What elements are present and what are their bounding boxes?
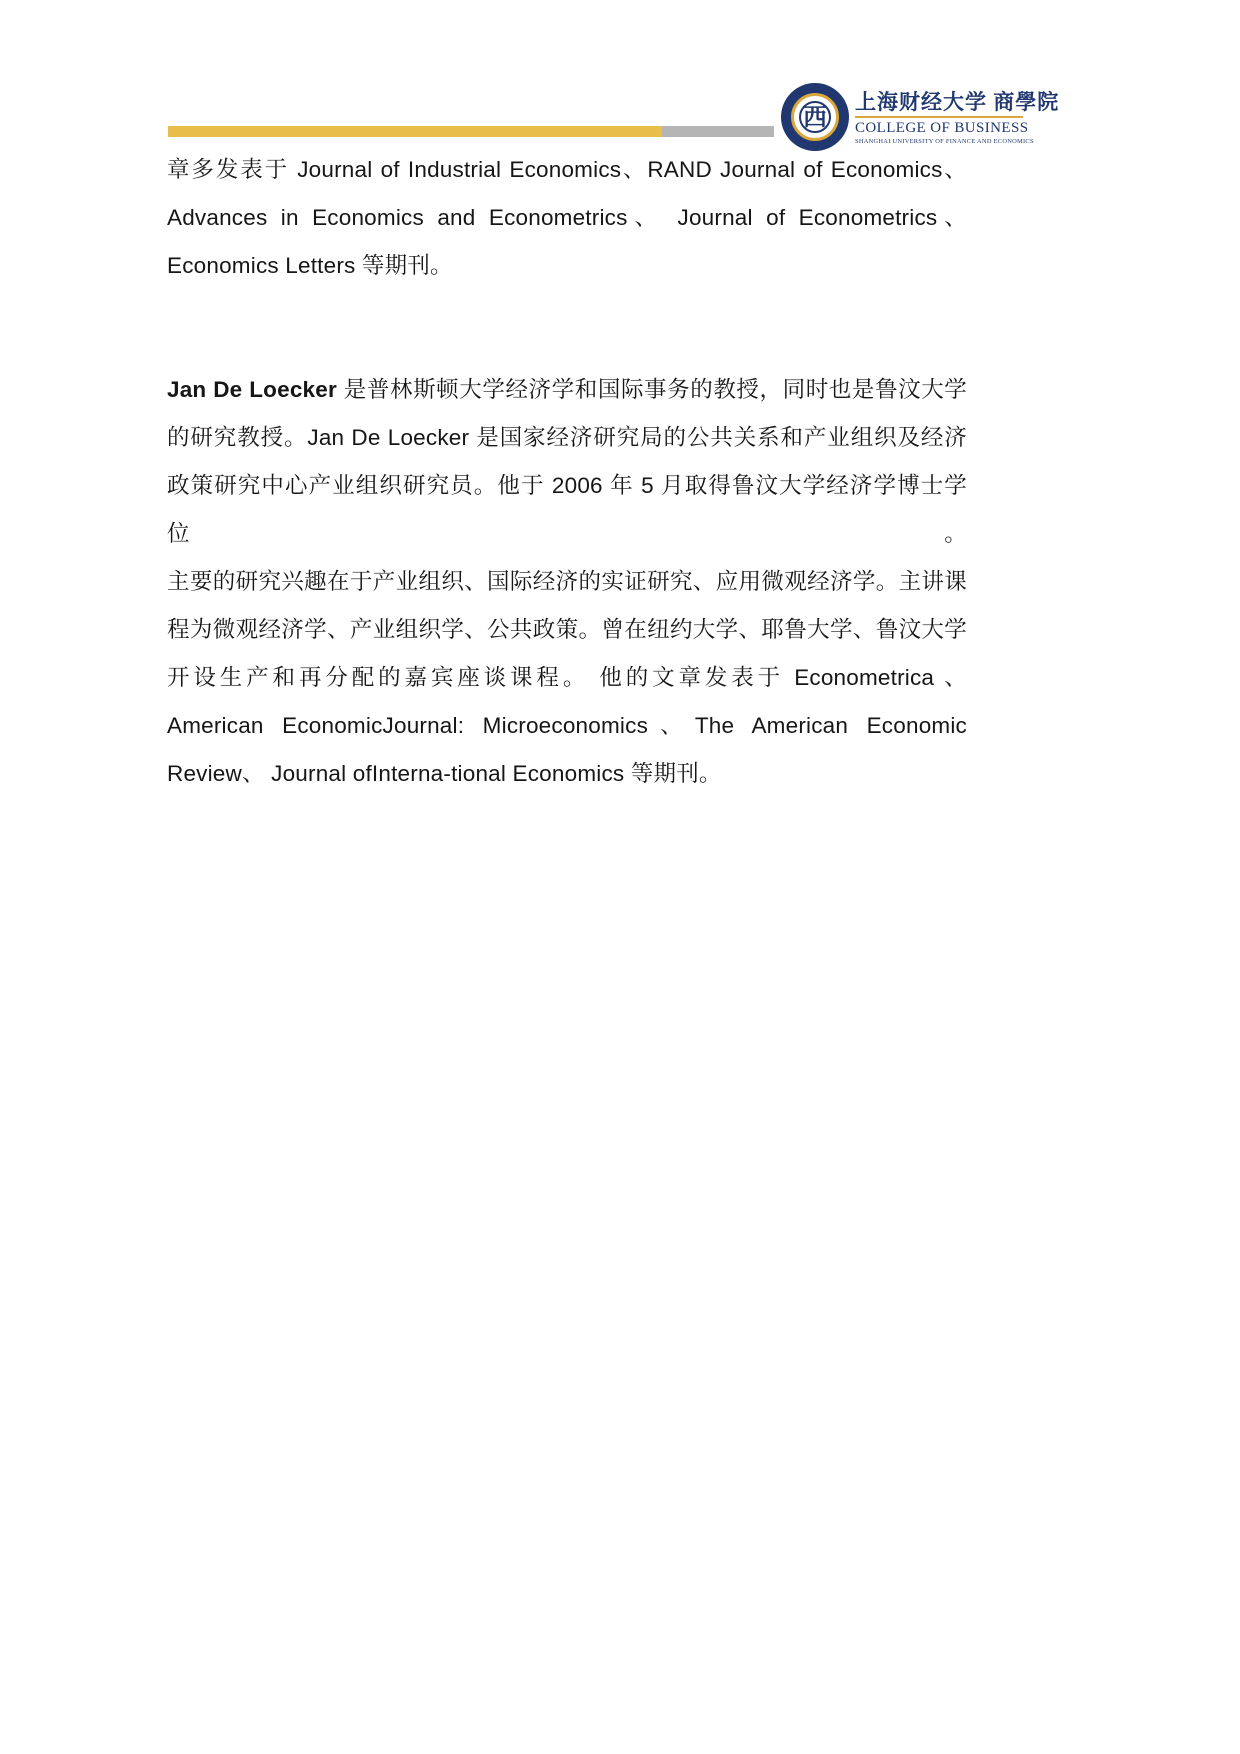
header-rule-gray-segment [662,126,774,137]
text-run: 是普林斯顿大学经济学和国际事务的教授，同时也是鲁汶大学 [337,377,967,402]
text-run: Review、 Journal ofInterna-tional Economi… [167,761,722,786]
text-line: 章多发表于 Journal of Industrial Economics、RA… [167,146,967,194]
text-line: Economics Letters 等期刊。 [167,242,967,290]
text-line: 程为微观经济学、产业组织学、公共政策。曾在纽约大学、耶鲁大学、鲁汶大学 [167,606,967,654]
paragraph-journals: 章多发表于 Journal of Industrial Economics、RA… [167,146,967,290]
text-run: 开设生产和再分配的嘉宾座谈课程。 他的文章发表于 Econometrica 、 [167,665,967,690]
text-run: 程为微观经济学、产业组织学、公共政策。曾在纽约大学、耶鲁大学、鲁汶大学 [167,617,967,642]
text-run: 的研究教授。Jan De Loecker 是国家经济研究局的公共关系和产业组织及… [167,425,967,450]
logo-text-block: 上海财经大学 商學院 COLLEGE OF BUSINESS SHANGHAI … [855,84,1059,146]
text-run: Economics Letters 等期刊。 [167,253,453,278]
text-line: 主要的研究兴趣在于产业组织、国际经济的实证研究、应用微观经济学。主讲课 [167,558,967,606]
paragraph-jan-de-loecker-bio: Jan De Loecker 是普林斯顿大学经济学和国际事务的教授，同时也是鲁汶… [167,366,967,798]
text-run: Advances in Economics and Econometrics、 … [167,205,967,230]
text-run: American EconomicJournal: Microeconomics… [167,713,967,738]
header-rule [168,126,774,137]
text-line: American EconomicJournal: Microeconomics… [167,702,967,750]
header-rule-gold-segment [168,126,662,137]
document-content: 章多发表于 Journal of Industrial Economics、RA… [167,146,967,798]
university-seal-icon: 西 [782,84,848,150]
text-run: 政策研究中心产业组织研究员。他于 2006 年 5 月取得鲁汶大学经济学博士学位… [167,473,967,546]
logo-gold-divider [855,116,1023,118]
document-page: 西 上海财经大学 商學院 COLLEGE OF BUSINESS SHANGHA… [0,0,1240,1754]
seal-glyph: 西 [799,101,831,133]
text-line: 政策研究中心产业组织研究员。他于 2006 年 5 月取得鲁汶大学经济学博士学位… [167,462,967,558]
seal-core: 西 [797,99,833,135]
text-line: 的研究教授。Jan De Loecker 是国家经济研究局的公共关系和产业组织及… [167,414,967,462]
text-line: Advances in Economics and Econometrics、 … [167,194,967,242]
logo-english-name: COLLEGE OF BUSINESS [855,120,1059,137]
text-run: 主要的研究兴趣在于产业组织、国际经济的实证研究、应用微观经济学。主讲课 [167,569,967,594]
logo-chinese-name: 上海财经大学 商學院 [855,90,1059,114]
logo-english-subtitle: SHANGHAI UNIVERSITY OF FINANCE AND ECONO… [855,138,1059,146]
text-line: 开设生产和再分配的嘉宾座谈课程。 他的文章发表于 Econometrica 、 [167,654,967,702]
text-run: 章多发表于 Journal of Industrial Economics、RA… [167,157,967,182]
college-logo: 西 上海财经大学 商學院 COLLEGE OF BUSINESS SHANGHA… [782,84,1059,150]
bold-name-lead: Jan De Loecker [167,377,337,402]
text-line: Review、 Journal ofInterna-tional Economi… [167,750,967,798]
text-line: Jan De Loecker 是普林斯顿大学经济学和国际事务的教授，同时也是鲁汶… [167,366,967,414]
